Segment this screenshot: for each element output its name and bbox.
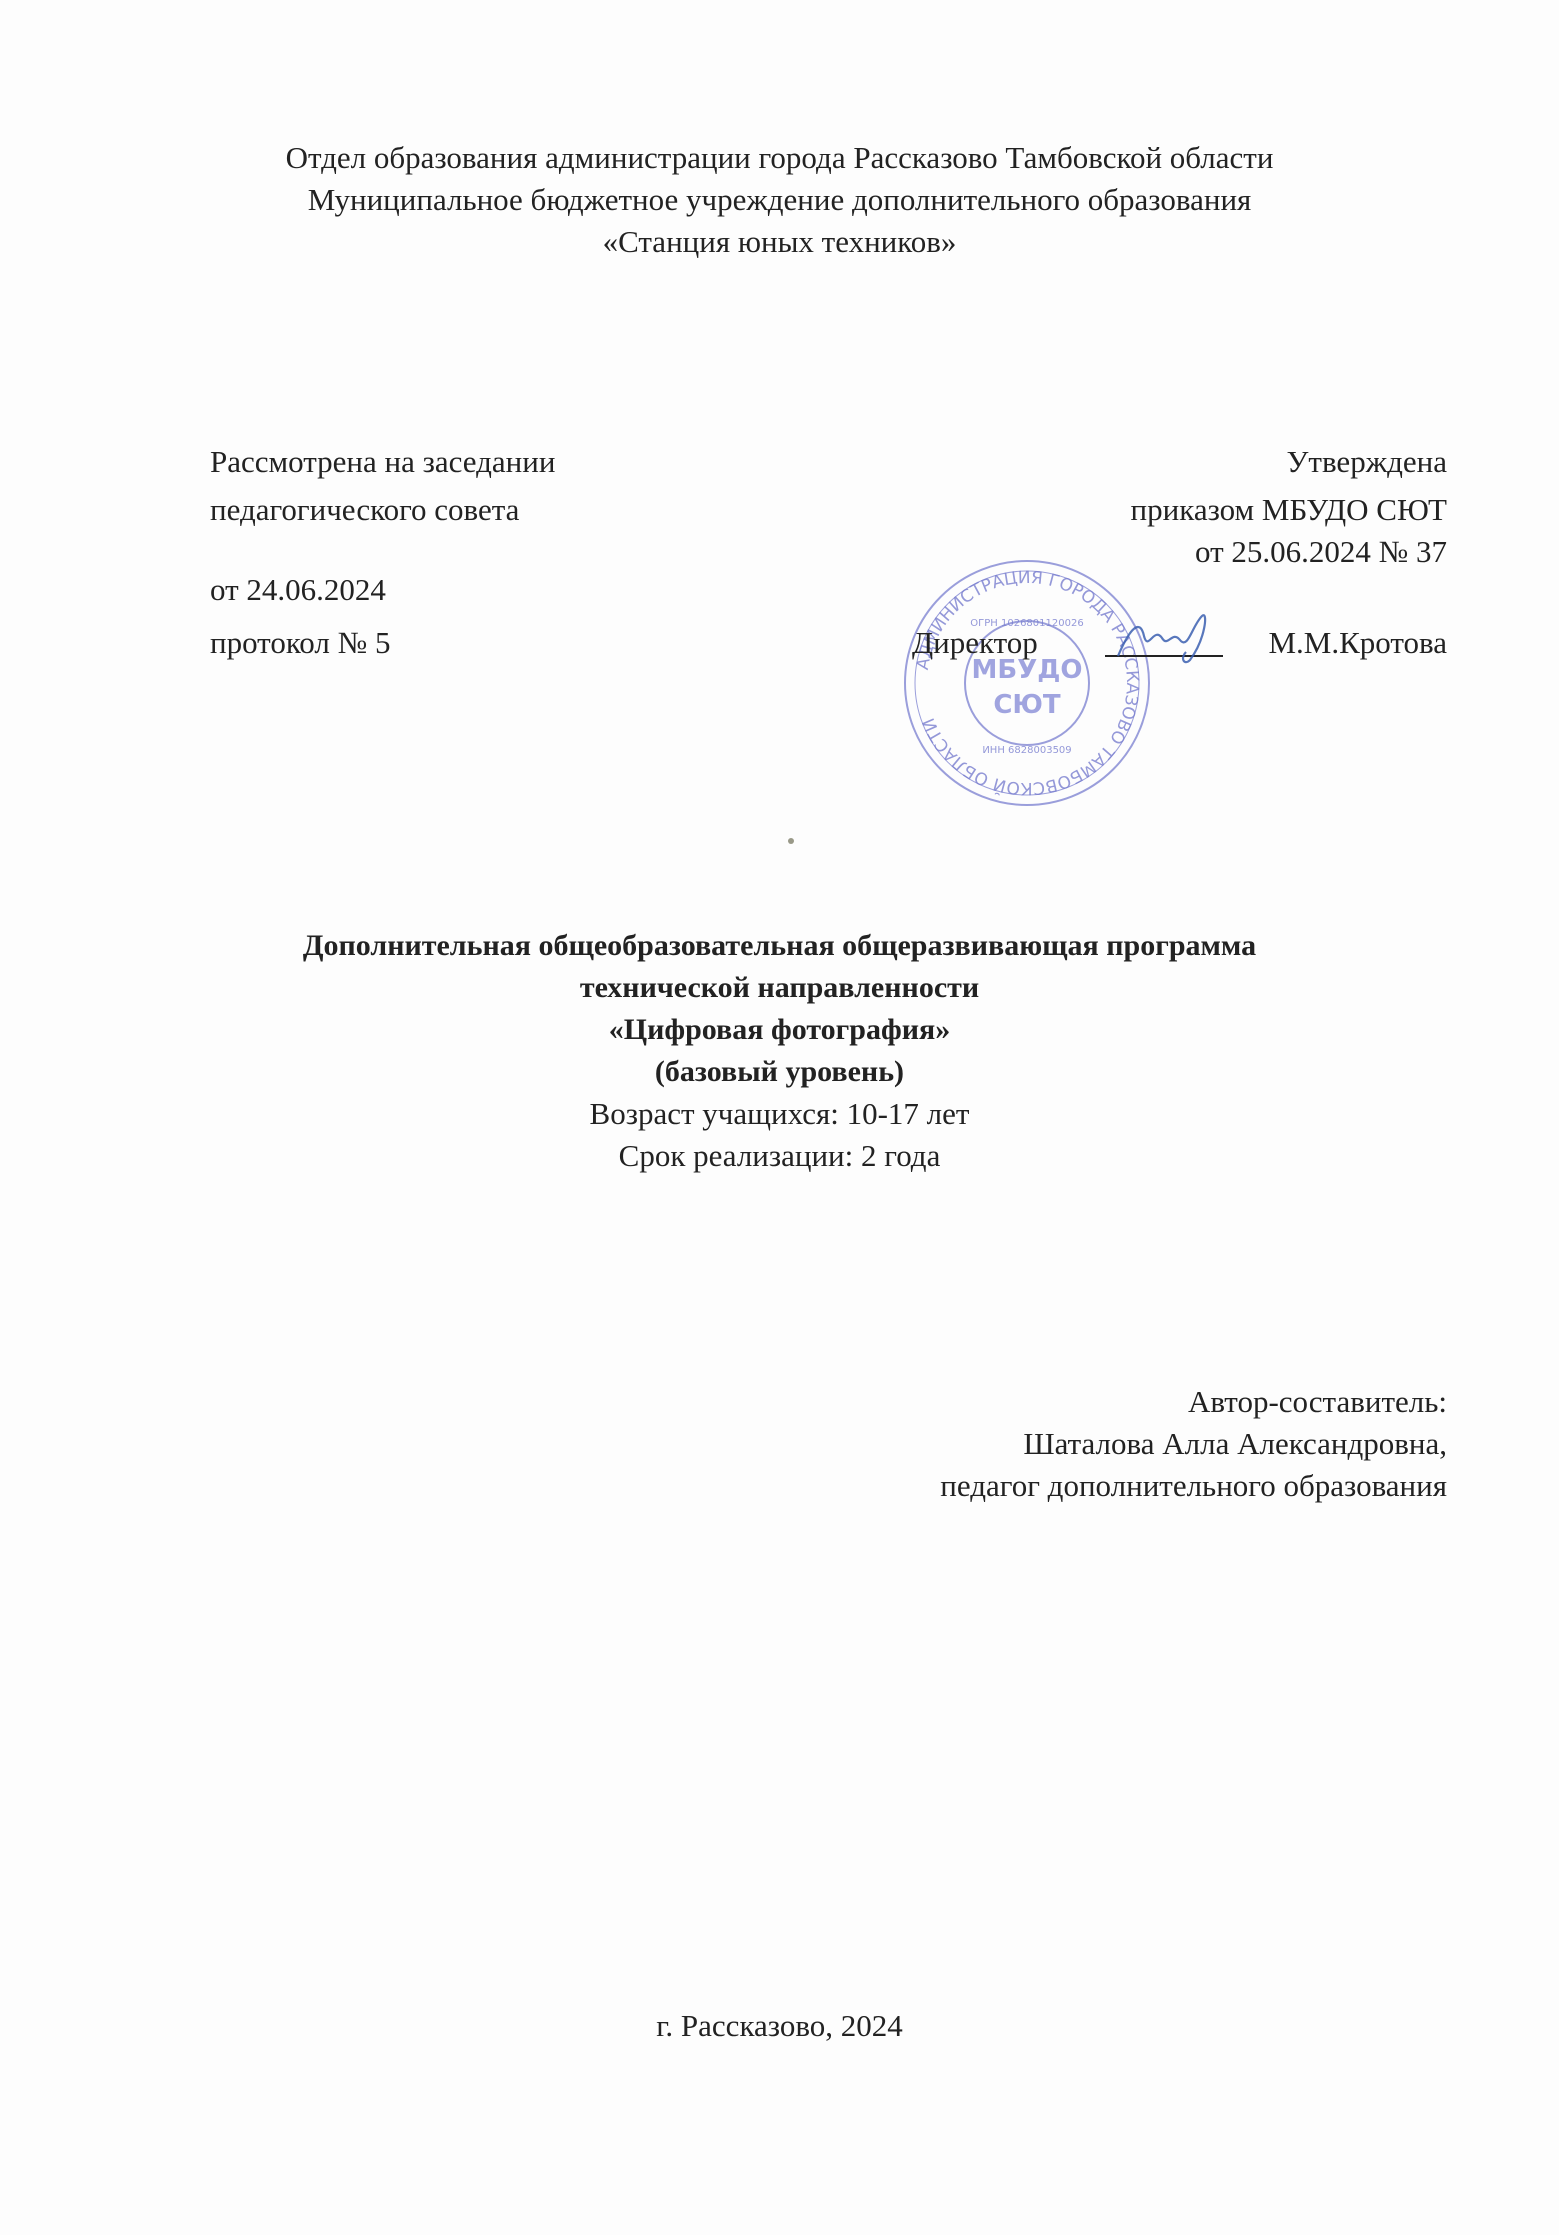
reviewed-protocol: протокол № 5	[210, 625, 390, 661]
approved-line1: Утверждена	[1286, 444, 1447, 480]
program-title-line2: технической направленности	[0, 970, 1559, 1006]
program-title-line1: Дополнительная общеобразовательная общер…	[0, 928, 1559, 964]
reviewed-line2: педагогического совета	[210, 492, 519, 528]
program-term: Срок реализации: 2 года	[0, 1138, 1559, 1174]
official-stamp-icon: АДМИНИСТРАЦИЯ ГОРОДА РАССКАЗОВО ТАМБОВСК…	[902, 548, 1152, 818]
signature-icon	[1110, 608, 1220, 668]
scan-speck	[788, 838, 794, 844]
author-position: педагог дополнительного образования	[940, 1468, 1447, 1504]
director-label: Директор	[912, 625, 1038, 661]
reviewed-date: от 24.06.2024	[210, 572, 386, 608]
approved-order: от 25.06.2024 № 37	[1195, 534, 1447, 570]
header-department: Отдел образования администрации города Р…	[0, 140, 1559, 176]
reviewed-line1: Рассмотрена на заседании	[210, 444, 555, 480]
approved-line2: приказом МБУДО СЮТ	[1131, 492, 1447, 528]
header-institution: Муниципальное бюджетное учреждение допол…	[0, 182, 1559, 218]
stamp-inn: ИНН 6828003509	[982, 745, 1071, 756]
footer-place-year: г. Рассказово, 2024	[0, 2008, 1559, 2044]
program-level: (базовый уровень)	[0, 1054, 1559, 1090]
author-name: Шаталова Алла Александровна,	[1023, 1426, 1447, 1462]
stamp-center-line2: СЮТ	[993, 690, 1061, 720]
author-label: Автор-составитель:	[1188, 1384, 1447, 1420]
program-name: «Цифровая фотография»	[0, 1012, 1559, 1048]
header-institution-name: «Станция юных техников»	[0, 224, 1559, 260]
director-name: М.М.Кротова	[1268, 625, 1447, 661]
program-age: Возраст учащихся: 10-17 лет	[0, 1096, 1559, 1132]
